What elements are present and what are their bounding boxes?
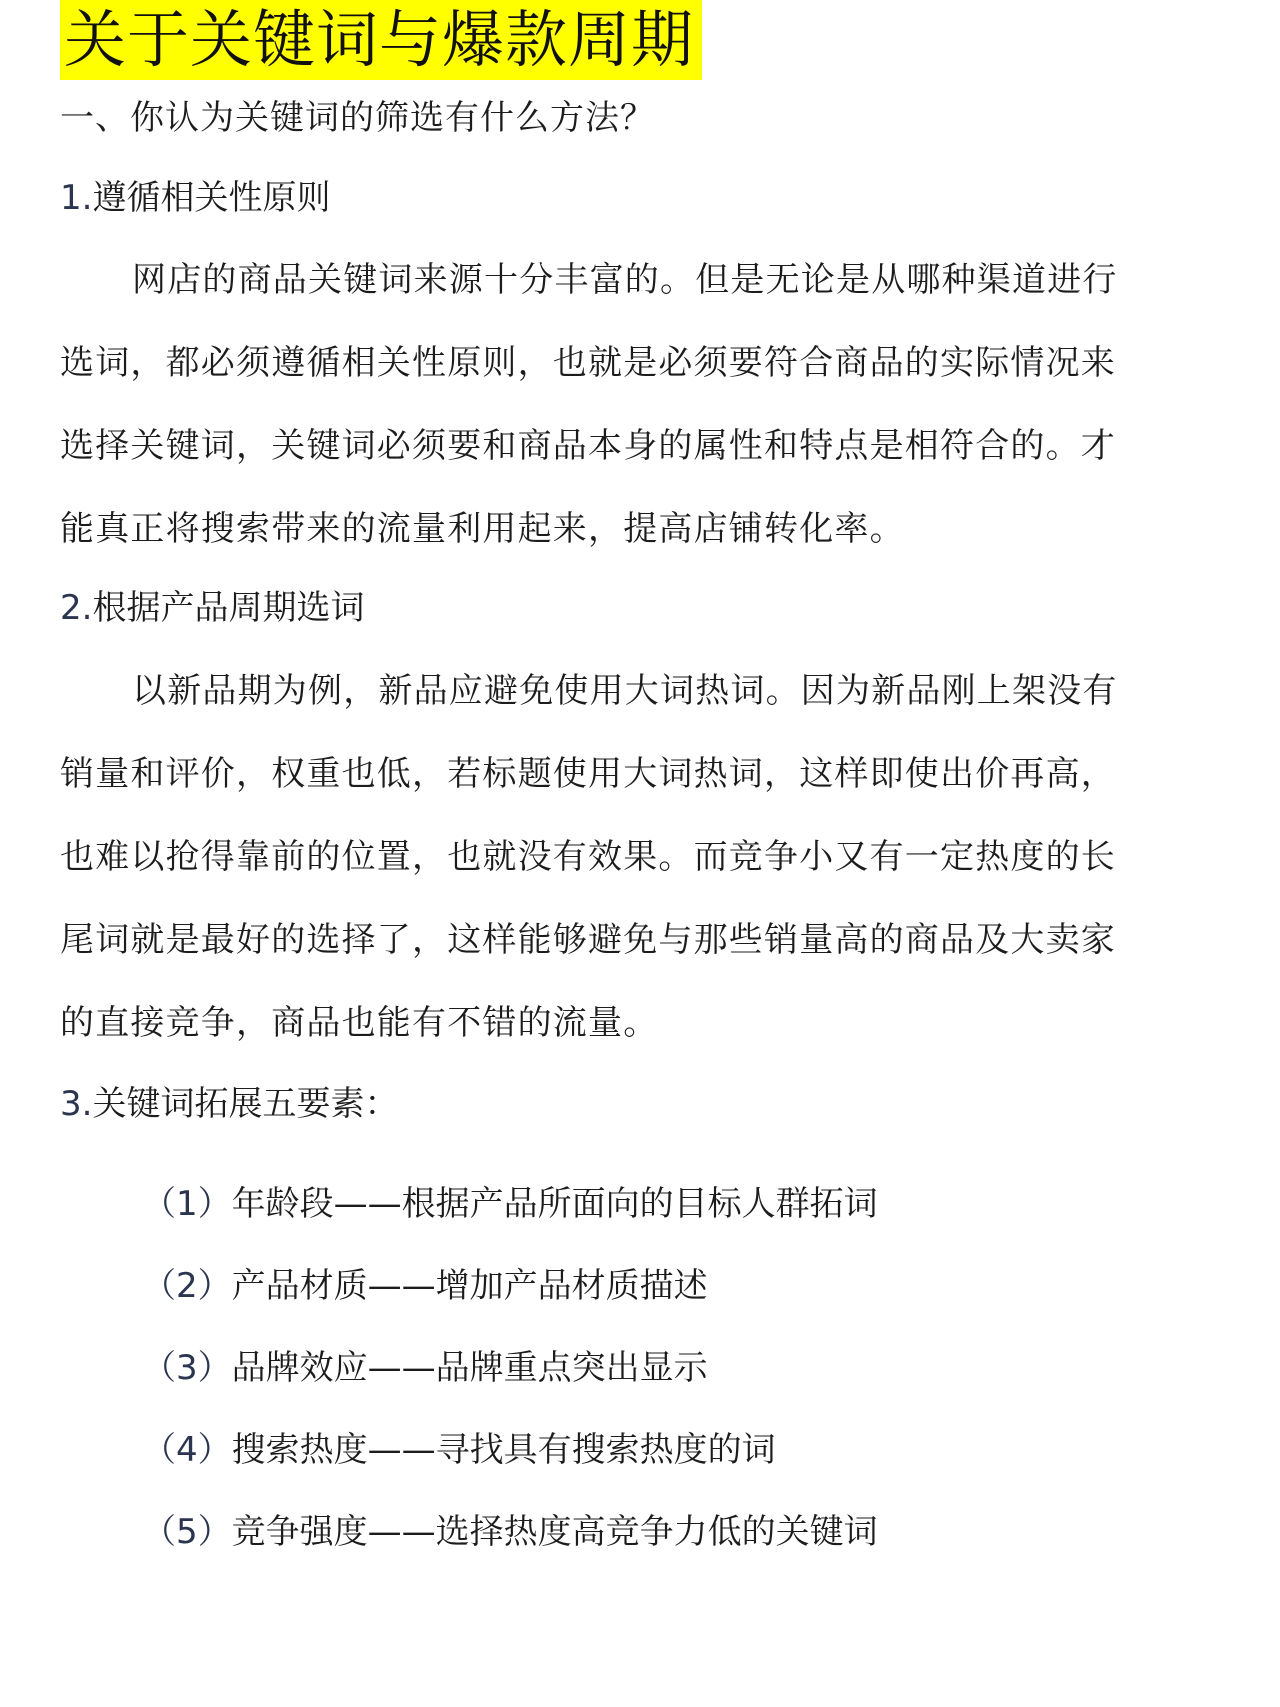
paragraph-line: 能真正将搜索带来的流量利用起来，提高店铺转化率。 [60,488,1160,571]
section-3-number: 3. [60,1084,92,1124]
list-item-text: 产品材质——增加产品材质描述 [232,1266,708,1306]
paragraph-line: 尾词就是最好的选择了，这样能够避免与那些销量高的商品及大卖家 [60,899,1160,982]
list-item: （5）竞争强度——选择热度高竞争力低的关键词 [142,1491,878,1573]
paragraph-line: 也难以抢得靠前的位置，也就没有效果。而竞争小又有一定热度的长 [60,816,1160,899]
paragraph-line: 以新品期为例，新品应避免使用大词热词。因为新品刚上架没有 [60,650,1160,733]
keyword-elements-list: （1）年龄段——根据产品所面向的目标人群拓词 （2）产品材质——增加产品材质描述… [142,1163,878,1573]
section-1-heading: 1.遵循相关性原则 [60,176,330,220]
list-item-number: （3） [142,1348,232,1388]
document-page: 关于关键词与爆款周期 一、你认为关键词的筛选有什么方法？ 1.遵循相关性原则 网… [0,0,1280,1707]
paragraph-line: 选词，都必须遵循相关性原则，也就是必须要符合商品的实际情况来 [60,322,1160,405]
list-item: （3）品牌效应——品牌重点突出显示 [142,1327,878,1409]
section-1-number: 1. [60,178,92,218]
paragraph-line: 网店的商品关键词来源十分丰富的。但是无论是从哪种渠道进行 [60,239,1160,322]
paragraph-line: 销量和评价，权重也低，若标题使用大词热词，这样即使出价再高， [60,733,1160,816]
section-2-title: 根据产品周期选词 [92,588,364,628]
document-title: 关于关键词与爆款周期 [64,0,694,80]
paragraph-line: 的直接竞争，商品也能有不错的流量。 [60,982,1160,1065]
section-2-number: 2. [60,588,92,628]
list-item: （4）搜索热度——寻找具有搜索热度的词 [142,1409,878,1491]
list-item-number: （4） [142,1430,232,1470]
list-item: （2）产品材质——增加产品材质描述 [142,1245,878,1327]
paragraph-line: 选择关键词，关键词必须要和商品本身的属性和特点是相符合的。才 [60,405,1160,488]
question-heading: 一、你认为关键词的筛选有什么方法？ [60,96,655,140]
section-3-title: 关键词拓展五要素： [92,1084,398,1124]
list-item-number: （5） [142,1512,232,1552]
section-1-paragraph: 网店的商品关键词来源十分丰富的。但是无论是从哪种渠道进行 选词，都必须遵循相关性… [60,239,1160,571]
list-item-text: 品牌效应——品牌重点突出显示 [232,1348,708,1388]
list-item-text: 竞争强度——选择热度高竞争力低的关键词 [232,1512,878,1552]
section-3-heading: 3.关键词拓展五要素： [60,1082,398,1126]
list-item-number: （1） [142,1184,232,1224]
list-item-text: 搜索热度——寻找具有搜索热度的词 [232,1430,776,1470]
section-1-title: 遵循相关性原则 [92,178,330,218]
title-highlight: 关于关键词与爆款周期 [60,0,702,80]
list-item-number: （2） [142,1266,232,1306]
section-2-paragraph: 以新品期为例，新品应避免使用大词热词。因为新品刚上架没有 销量和评价，权重也低，… [60,650,1160,1065]
list-item-text: 年龄段——根据产品所面向的目标人群拓词 [232,1184,878,1224]
list-item: （1）年龄段——根据产品所面向的目标人群拓词 [142,1163,878,1245]
section-2-heading: 2.根据产品周期选词 [60,586,364,630]
